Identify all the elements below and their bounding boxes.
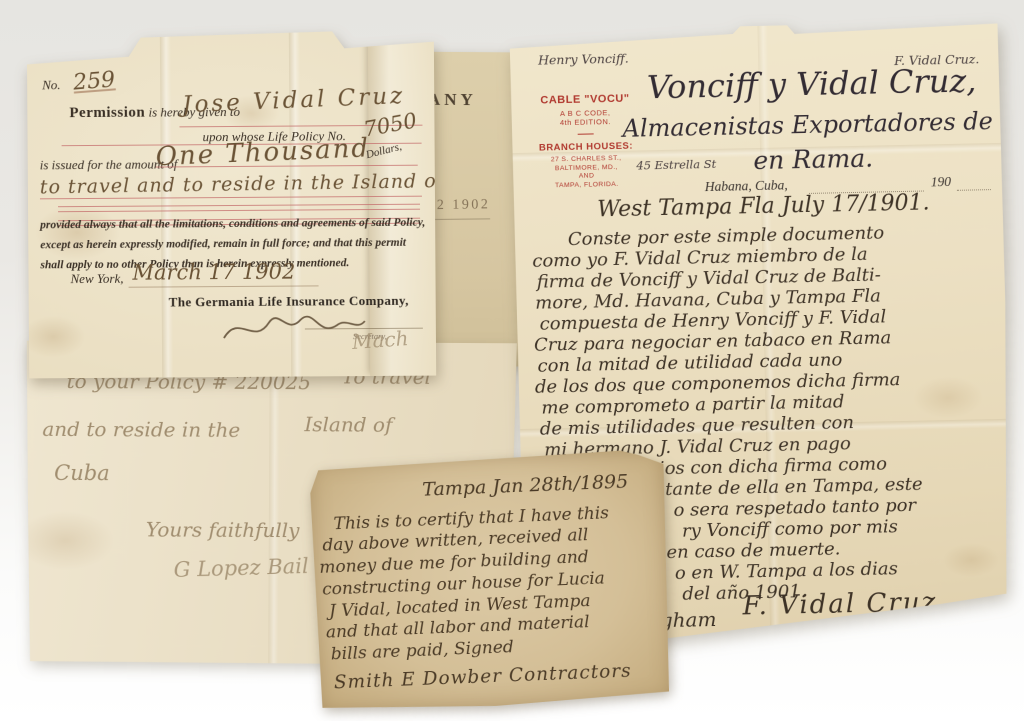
letter-body-line: ry Vonciff como por mis [682,516,898,542]
firm-title: Vonciff y Vidal Cruz, [636,61,987,106]
place-label: New York, [70,271,123,287]
branch-address-4: TAMPA, FLORIDA. [531,180,643,191]
document-permission: No. 259 Permission is hereby given to Jo… [27,29,436,379]
faint-pencil-scribble: Mach [351,326,409,354]
fold-crease [160,30,173,377]
vidal-cruz-signature: F. Vidal Cruz [742,587,937,621]
note-dateline: Tampa Jan 28th/1895 [422,470,629,500]
street-address: 45 Estrella St [636,157,716,173]
pencil-line-island: Island of [304,412,392,436]
permission-number-value: 259 [72,67,116,95]
pencil-line-reside: and to reside in the [42,417,240,442]
dateline-year: 190 [931,174,952,190]
dateline-year-rule [957,189,991,191]
pencil-closing: Yours faithfully [146,517,300,542]
pink-double-rule [58,204,420,213]
photo-surface: MPANY AY 1 2 1902 to your Policy # 22002… [0,0,1024,721]
document-contractor-note: Tampa Jan 28th/1895 This is to certify t… [309,449,673,713]
handwritten-dateline: West Tampa Fla July 17/1901. [597,190,930,222]
date-script: March 17 1902 [132,260,295,285]
permission-word: Permission [69,105,145,122]
cable-line: CABLE "VOCU" [529,92,641,106]
pencil-line-cuba: Cuba [54,461,110,485]
pencil-signature: G Lopez Bail [173,554,309,582]
paper-permission: No. 259 Permission is hereby given to Jo… [27,29,436,379]
dateline-printed: Habana, Cuba, [705,177,788,195]
letter-body-line: o en W. Tampa a los dias [675,558,898,584]
firm-subtitle: Almacenistas Exportadores de Tabaco [622,107,998,143]
partner-name-left: Henry Vonciff. [538,51,629,68]
contractor-signature: Smith E Dowber Contractors [334,660,632,693]
paper-contractor-note: Tampa Jan 28th/1895 This is to certify t… [309,449,673,713]
permission-number-label: No. [42,77,61,93]
folded-flap [368,29,436,376]
divider-dash [578,133,594,134]
